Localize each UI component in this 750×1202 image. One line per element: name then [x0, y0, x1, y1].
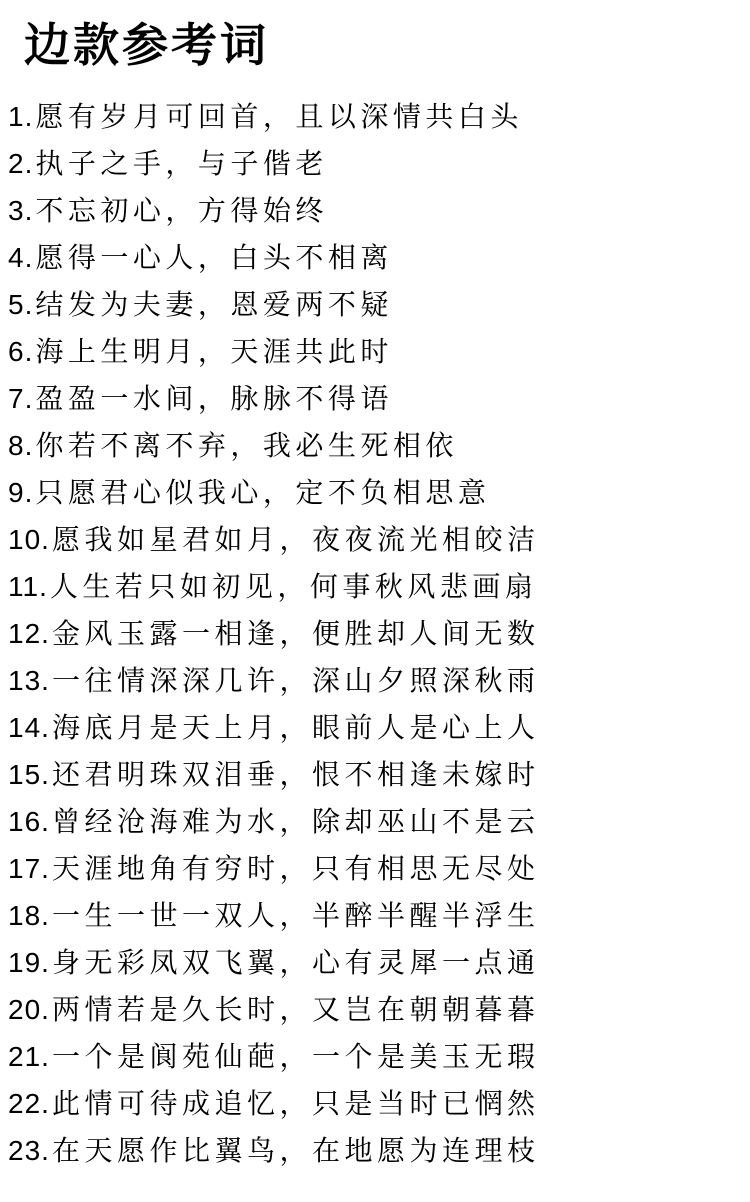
item-number: 10.: [8, 524, 50, 555]
item-number: 18.: [8, 900, 50, 931]
item-text: 你若不离不弃，我必生死相依: [35, 430, 458, 461]
item-number: 20.: [8, 994, 50, 1025]
list-item: 12.金风玉露一相逢，便胜却人间无数: [8, 620, 750, 648]
item-text: 一个是阆苑仙葩，一个是美玉无瑕: [52, 1041, 540, 1072]
list-item: 17.天涯地角有穷时，只有相思无尽处: [8, 855, 750, 883]
item-number: 5.: [8, 289, 33, 320]
list-item: 21.一个是阆苑仙葩，一个是美玉无瑕: [8, 1043, 750, 1071]
item-text: 还君明珠双泪垂，恨不相逢未嫁时: [52, 759, 540, 790]
list-item: 3.不忘初心，方得始终: [8, 197, 750, 225]
item-text: 此情可待成追忆，只是当时已惘然: [52, 1088, 540, 1119]
item-text: 愿我如星君如月，夜夜流光相皎洁: [52, 524, 540, 555]
list-item: 1.愿有岁月可回首，且以深情共白头: [8, 103, 750, 131]
list-item: 4.愿得一心人，白头不相离: [8, 244, 750, 272]
list-item: 11.人生若只如初见，何事秋风悲画扇: [8, 573, 750, 601]
item-text: 执子之手，与子偕老: [35, 148, 328, 179]
list-item: 14.海底月是天上月，眼前人是心上人: [8, 714, 750, 742]
item-number: 9.: [8, 477, 33, 508]
item-number: 3.: [8, 195, 33, 226]
item-text: 不忘初心，方得始终: [35, 195, 328, 226]
item-number: 23.: [8, 1135, 50, 1166]
item-text: 盈盈一水间，脉脉不得语: [35, 383, 393, 414]
item-text: 两情若是久长时，又岂在朝朝暮暮: [52, 994, 540, 1025]
item-text: 身无彩凤双飞翼，心有灵犀一点通: [52, 947, 540, 978]
list-item: 10.愿我如星君如月，夜夜流光相皎洁: [8, 526, 750, 554]
item-number: 21.: [8, 1041, 50, 1072]
item-text: 愿有岁月可回首，且以深情共白头: [35, 101, 523, 132]
item-text: 人生若只如初见，何事秋风悲画扇: [50, 571, 538, 602]
item-text: 一生一世一双人，半醉半醒半浮生: [52, 900, 540, 931]
list-item: 16.曾经沧海难为水，除却巫山不是云: [8, 808, 750, 836]
item-text: 只愿君心似我心，定不负相思意: [35, 477, 490, 508]
item-number: 4.: [8, 242, 33, 273]
list-item: 2.执子之手，与子偕老: [8, 150, 750, 178]
list-item: 20.两情若是久长时，又岂在朝朝暮暮: [8, 996, 750, 1024]
item-number: 8.: [8, 430, 33, 461]
list-item: 7.盈盈一水间，脉脉不得语: [8, 385, 750, 413]
item-text: 曾经沧海难为水，除却巫山不是云: [52, 806, 540, 837]
item-number: 1.: [8, 101, 33, 132]
item-text: 结发为夫妻，恩爱两不疑: [35, 289, 393, 320]
item-number: 16.: [8, 806, 50, 837]
item-number: 15.: [8, 759, 50, 790]
item-text: 海底月是天上月，眼前人是心上人: [52, 712, 540, 743]
item-number: 7.: [8, 383, 33, 414]
list-item: 15.还君明珠双泪垂，恨不相逢未嫁时: [8, 761, 750, 789]
list-item: 8.你若不离不弃，我必生死相依: [8, 432, 750, 460]
phrase-list: 1.愿有岁月可回首，且以深情共白头2.执子之手，与子偕老3.不忘初心，方得始终4…: [0, 103, 750, 1165]
document-page: 边款参考词 1.愿有岁月可回首，且以深情共白头2.执子之手，与子偕老3.不忘初心…: [0, 0, 750, 1202]
list-item: 6.海上生明月，天涯共此时: [8, 338, 750, 366]
item-number: 2.: [8, 148, 33, 179]
list-item: 22.此情可待成追忆，只是当时已惘然: [8, 1090, 750, 1118]
list-item: 9.只愿君心似我心，定不负相思意: [8, 479, 750, 507]
item-text: 一往情深深几许，深山夕照深秋雨: [52, 665, 540, 696]
list-item: 18.一生一世一双人，半醉半醒半浮生: [8, 902, 750, 930]
list-item: 5.结发为夫妻，恩爱两不疑: [8, 291, 750, 319]
item-number: 13.: [8, 665, 50, 696]
item-number: 19.: [8, 947, 50, 978]
item-number: 17.: [8, 853, 50, 884]
item-number: 22.: [8, 1088, 50, 1119]
list-item: 19.身无彩凤双飞翼，心有灵犀一点通: [8, 949, 750, 977]
item-number: 14.: [8, 712, 50, 743]
item-text: 愿得一心人，白头不相离: [35, 242, 393, 273]
item-text: 在天愿作比翼鸟，在地愿为连理枝: [52, 1135, 540, 1166]
item-text: 天涯地角有穷时，只有相思无尽处: [52, 853, 540, 884]
item-number: 6.: [8, 336, 33, 367]
item-number: 11.: [8, 571, 48, 602]
item-text: 海上生明月，天涯共此时: [35, 336, 393, 367]
page-title: 边款参考词: [24, 16, 750, 74]
item-number: 12.: [8, 618, 50, 649]
list-item: 13.一往情深深几许，深山夕照深秋雨: [8, 667, 750, 695]
item-text: 金风玉露一相逢，便胜却人间无数: [52, 618, 540, 649]
list-item: 23.在天愿作比翼鸟，在地愿为连理枝: [8, 1137, 750, 1165]
